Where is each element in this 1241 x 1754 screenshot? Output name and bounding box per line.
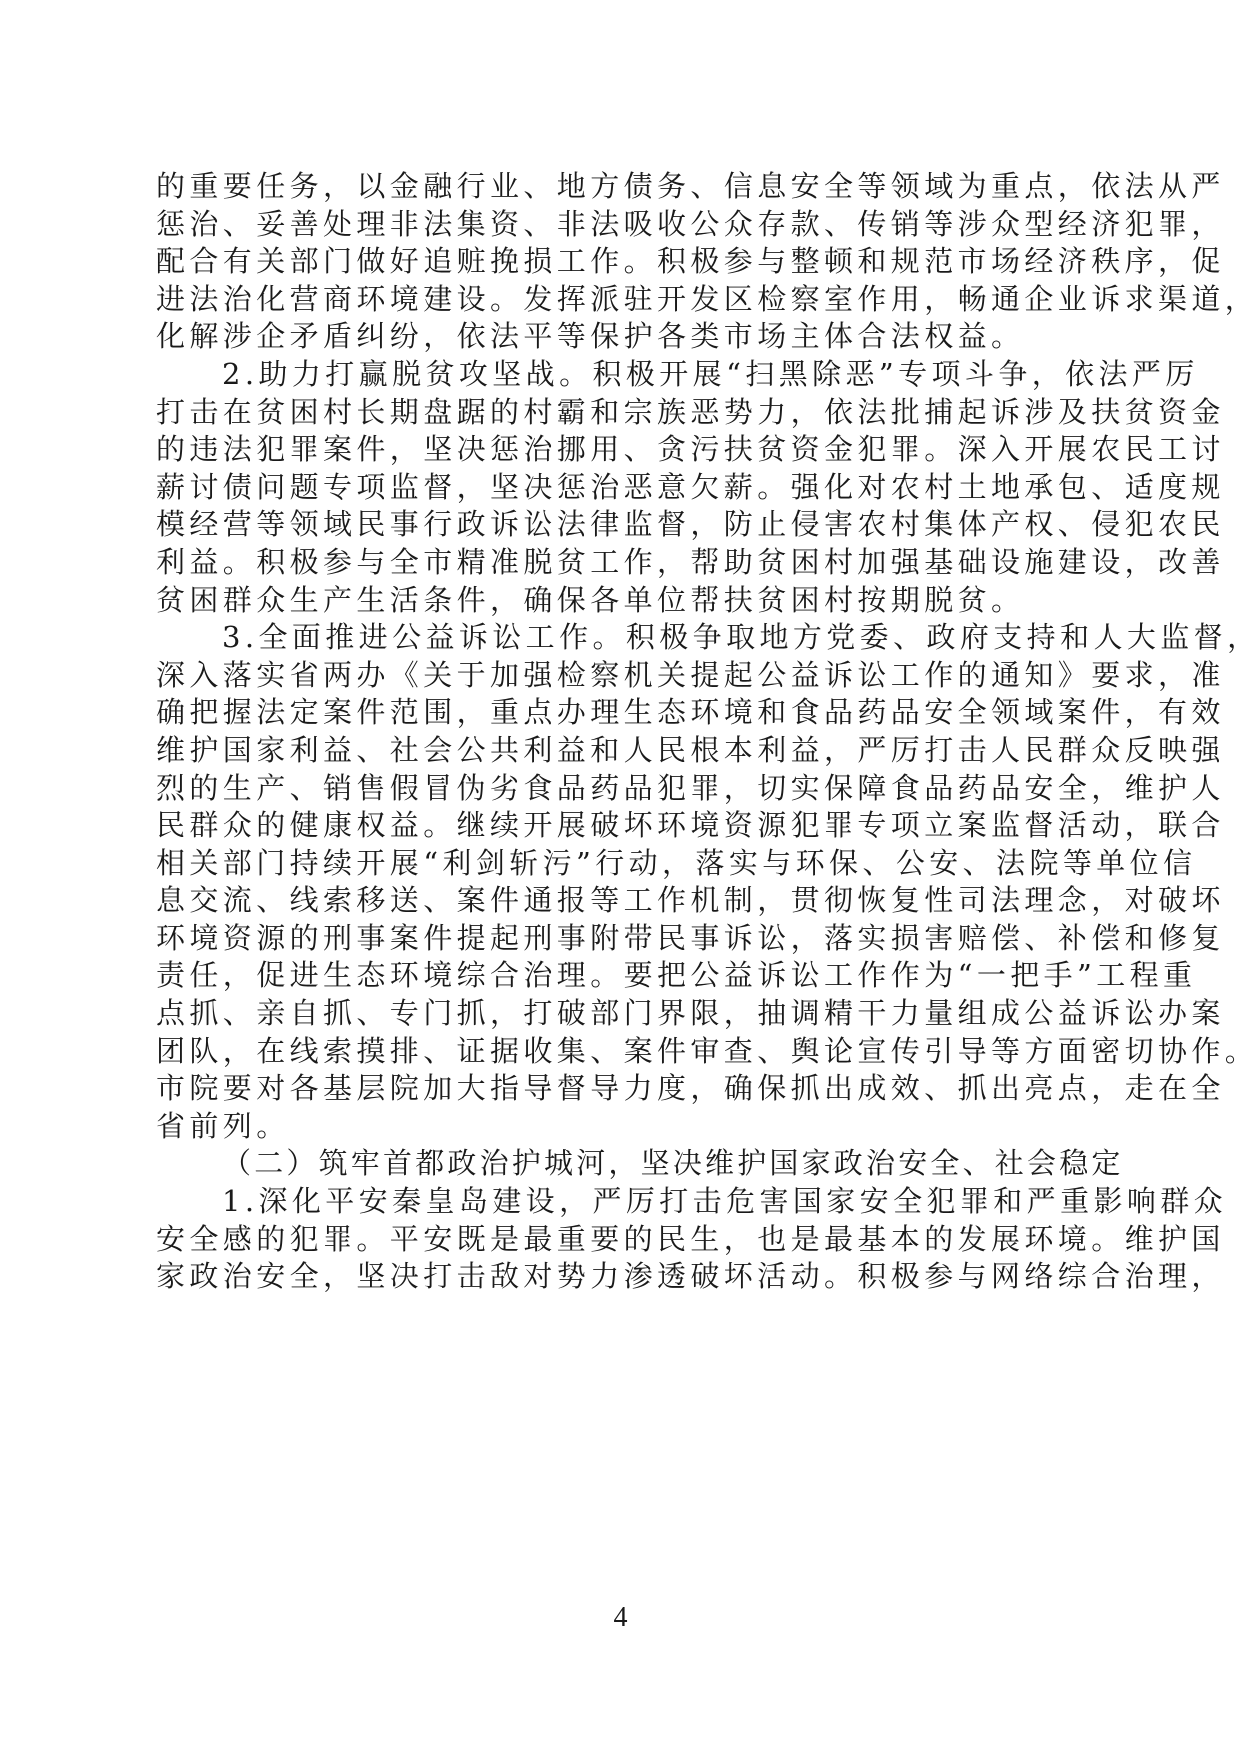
text-line: 化解涉企矛盾纠纷，依法平等保护各类市场主体合法权益。 (156, 318, 1091, 356)
text-line: 确把握法定案件范围，重点办理生态环境和食品药品安全领域案件，有效 (156, 694, 1091, 732)
page-number: 4 (0, 1602, 1241, 1634)
text-line: 省前列。 (156, 1108, 1091, 1146)
text-line: 深入落实省两办《关于加强检察机关提起公益诉讼工作的通知》要求，准 (156, 657, 1091, 695)
text-line: 贫困群众生产生活条件，确保各单位帮扶贫困村按期脱贫。 (156, 582, 1091, 620)
paragraph: 的重要任务，以金融行业、地方债务、信息安全等领域为重点，依法从严 惩治、妥善处理… (156, 168, 1091, 356)
text-line: 利益。积极参与全市精准脱贫工作，帮助贫困村加强基础设施建设，改善 (156, 544, 1091, 582)
paragraph: 1.深化平安秦皇岛建设，严厉打击危害国家安全犯罪和严重影响群众 安全感的犯罪。平… (156, 1183, 1091, 1296)
text-line: 进法治化营商环境建设。发挥派驻开发区检察室作用，畅通企业诉求渠道， (156, 281, 1091, 319)
text-line: 打击在贫困村长期盘踞的村霸和宗族恶势力，依法批捕起诉涉及扶贫资金 (156, 394, 1091, 432)
text-line: 点抓、亲自抓、专门抓，打破部门界限，抽调精干力量组成公益诉讼办案 (156, 995, 1091, 1033)
text-line: 家政治安全，坚决打击敌对势力渗透破坏活动。积极参与网络综合治理， (156, 1258, 1091, 1296)
text-line: 民群众的健康权益。继续开展破坏环境资源犯罪专项立案监督活动，联合 (156, 807, 1091, 845)
text-line: 相关部门持续开展“利剑斩污”行动，落实与环保、公安、法院等单位信 (156, 845, 1091, 883)
document-body: 的重要任务，以金融行业、地方债务、信息安全等领域为重点，依法从严 惩治、妥善处理… (156, 168, 1091, 1296)
text-line: 息交流、线索移送、案件通报等工作机制，贯彻恢复性司法理念，对破坏 (156, 882, 1091, 920)
paragraph: 2.助力打赢脱贫攻坚战。积极开展“扫黑除恶”专项斗争，依法严厉 打击在贫困村长期… (156, 356, 1091, 619)
text-line: 的重要任务，以金融行业、地方债务、信息安全等领域为重点，依法从严 (156, 168, 1091, 206)
text-line: 薪讨债问题专项监督，坚决惩治恶意欠薪。强化对农村土地承包、适度规 (156, 469, 1091, 507)
text-line: 责任，促进生态环境综合治理。要把公益诉讼工作作为“一把手”工程重 (156, 957, 1091, 995)
paragraph-lead-line: 1.深化平安秦皇岛建设，严厉打击危害国家安全犯罪和严重影响群众 (156, 1183, 1091, 1221)
text-line: 安全感的犯罪。平安既是最重要的民生，也是最基本的发展环境。维护国 (156, 1221, 1091, 1259)
text-line: 模经营等领域民事行政诉讼法律监督，防止侵害农村集体产权、侵犯农民 (156, 506, 1091, 544)
text-line: 团队，在线索摸排、证据收集、案件审查、舆论宣传引导等方面密切协作。 (156, 1033, 1091, 1071)
section-heading-text: （二）筑牢首都政治护城河，坚决维护国家政治安全、社会稳定 (156, 1145, 1091, 1183)
section-heading: （二）筑牢首都政治护城河，坚决维护国家政治安全、社会稳定 (156, 1145, 1091, 1183)
text-line: 的违法犯罪案件，坚决惩治挪用、贪污扶贫资金犯罪。深入开展农民工讨 (156, 431, 1091, 469)
text-line: 维护国家利益、社会公共利益和人民根本利益，严厉打击人民群众反映强 (156, 732, 1091, 770)
paragraph-lead-line: 2.助力打赢脱贫攻坚战。积极开展“扫黑除恶”专项斗争，依法严厉 (156, 356, 1091, 394)
paragraph-lead-line: 3.全面推进公益诉讼工作。积极争取地方党委、政府支持和人大监督， (156, 619, 1091, 657)
text-line: 配合有关部门做好追赃挽损工作。积极参与整顿和规范市场经济秩序，促 (156, 243, 1091, 281)
paragraph: 3.全面推进公益诉讼工作。积极争取地方党委、政府支持和人大监督， 深入落实省两办… (156, 619, 1091, 1145)
text-line: 烈的生产、销售假冒伪劣食品药品犯罪，切实保障食品药品安全，维护人 (156, 770, 1091, 808)
text-line: 市院要对各基层院加大指导督导力度，确保抓出成效、抓出亮点，走在全 (156, 1070, 1091, 1108)
text-line: 惩治、妥善处理非法集资、非法吸收公众存款、传销等涉众型经济犯罪， (156, 206, 1091, 244)
text-line: 环境资源的刑事案件提起刑事附带民事诉讼，落实损害赔偿、补偿和修复 (156, 920, 1091, 958)
